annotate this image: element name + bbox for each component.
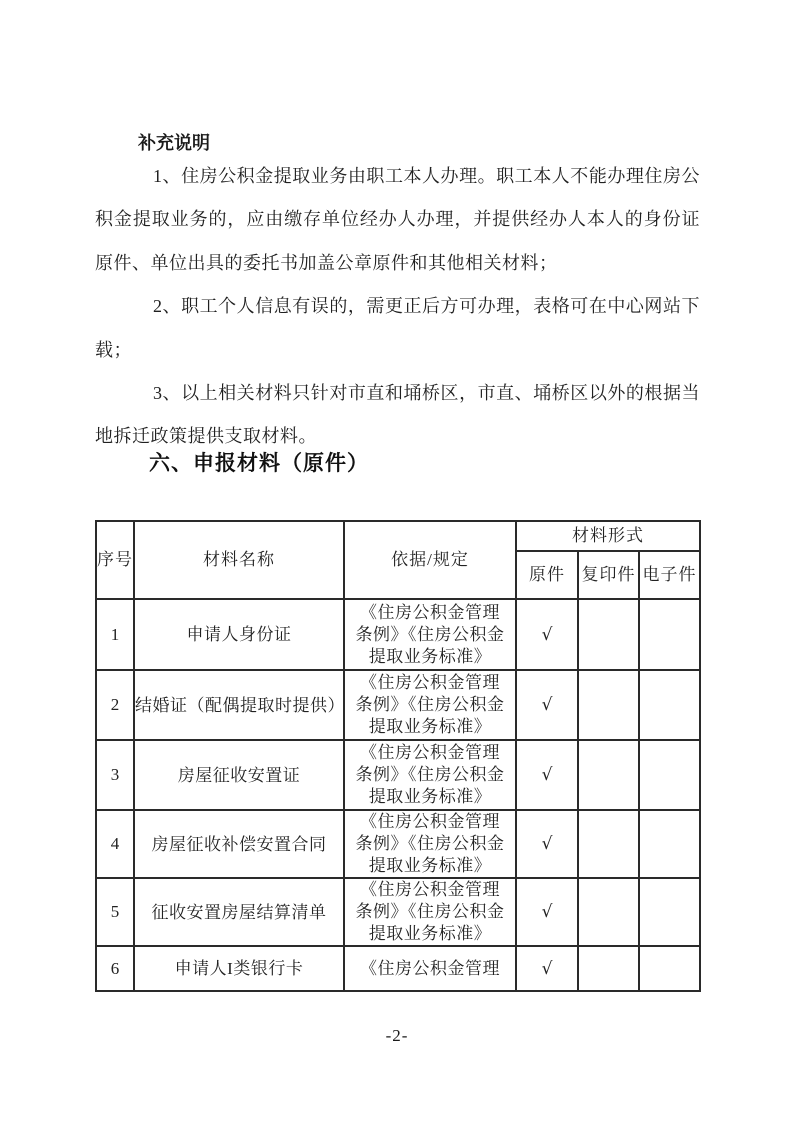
cell-material-name: 结婚证（配偶提取时提供） [134,670,344,740]
cell-copy-check [578,599,639,670]
supplement-paragraph-1: 1、住房公积金提取业务由职工本人办理。职工本人不能办理住房公积金提取业务的，应由… [95,155,700,285]
cell-material-name: 申请人身份证 [134,599,344,670]
cell-copy-check [578,810,639,878]
cell-basis-regulation: 《住房公积金管理 条例》《住房公积金 提取业务标准》 [344,599,516,670]
cell-electronic-check [639,670,700,740]
cell-electronic-check [639,740,700,810]
table-row: 6 申请人I类银行卡 《住房公积金管理 √ [96,946,700,991]
cell-basis-regulation: 《住房公积金管理 条例》《住房公积金 提取业务标准》 [344,670,516,740]
cell-original-check: √ [516,670,578,740]
table-row: 4 房屋征收补偿安置合同 《住房公积金管理 条例》《住房公积金 提取业务标准》 … [96,810,700,878]
header-index: 序号 [96,521,134,599]
cell-index: 5 [96,878,134,946]
table-row: 2 结婚证（配偶提取时提供） 《住房公积金管理 条例》《住房公积金 提取业务标准… [96,670,700,740]
header-original: 原件 [516,551,578,599]
cell-electronic-check [639,810,700,878]
supplement-paragraph-3: 3、以上相关材料只针对市直和埇桥区，市直、埇桥区以外的根据当地拆迁政策提供支取材… [95,372,700,459]
cell-copy-check [578,878,639,946]
header-material-name: 材料名称 [134,521,344,599]
table-row: 3 房屋征收安置证 《住房公积金管理 条例》《住房公积金 提取业务标准》 √ [96,740,700,810]
document-page: 补充说明 1、住房公积金提取业务由职工本人办理。职工本人不能办理住房公积金提取业… [0,0,794,1122]
cell-basis-regulation: 《住房公积金管理 条例》《住房公积金 提取业务标准》 [344,740,516,810]
cell-basis-regulation: 《住房公积金管理 [344,946,516,991]
header-material-form-group: 材料形式 [516,521,700,551]
cell-material-name: 房屋征收安置证 [134,740,344,810]
cell-copy-check [578,670,639,740]
cell-original-check: √ [516,740,578,810]
table-header-row-top: 序号 材料名称 依据/规定 材料形式 [96,521,700,551]
cell-basis-regulation: 《住房公积金管理 条例》《住房公积金 提取业务标准》 [344,878,516,946]
cell-original-check: √ [516,810,578,878]
cell-electronic-check [639,946,700,991]
page-content: 补充说明 1、住房公积金提取业务由职工本人办理。职工本人不能办理住房公积金提取业… [95,0,700,477]
cell-original-check: √ [516,946,578,991]
cell-electronic-check [639,599,700,670]
cell-original-check: √ [516,599,578,670]
header-copy: 复印件 [578,551,639,599]
cell-index: 4 [96,810,134,878]
materials-table: 序号 材料名称 依据/规定 材料形式 原件 复印件 电子件 1 申请人身份证 《… [95,520,701,992]
supplement-notes-title: 补充说明 [95,131,700,155]
supplement-paragraph-2: 2、职工个人信息有误的，需更正后方可办理，表格可在中心网站下载； [95,285,700,372]
cell-index: 6 [96,946,134,991]
header-electronic: 电子件 [639,551,700,599]
cell-copy-check [578,740,639,810]
cell-material-name: 房屋征收补偿安置合同 [134,810,344,878]
cell-electronic-check [639,878,700,946]
page-number: -2- [0,1026,794,1046]
cell-index: 3 [96,740,134,810]
cell-copy-check [578,946,639,991]
header-basis-regulation: 依据/规定 [344,521,516,599]
cell-index: 1 [96,599,134,670]
section-title-declaration-materials: 六、申报材料（原件） [95,451,700,477]
cell-material-name: 征收安置房屋结算清单 [134,878,344,946]
cell-basis-regulation: 《住房公积金管理 条例》《住房公积金 提取业务标准》 [344,810,516,878]
table-row: 5 征收安置房屋结算清单 《住房公积金管理 条例》《住房公积金 提取业务标准》 … [96,878,700,946]
cell-index: 2 [96,670,134,740]
cell-material-name: 申请人I类银行卡 [134,946,344,991]
table-row: 1 申请人身份证 《住房公积金管理 条例》《住房公积金 提取业务标准》 √ [96,599,700,670]
cell-original-check: √ [516,878,578,946]
